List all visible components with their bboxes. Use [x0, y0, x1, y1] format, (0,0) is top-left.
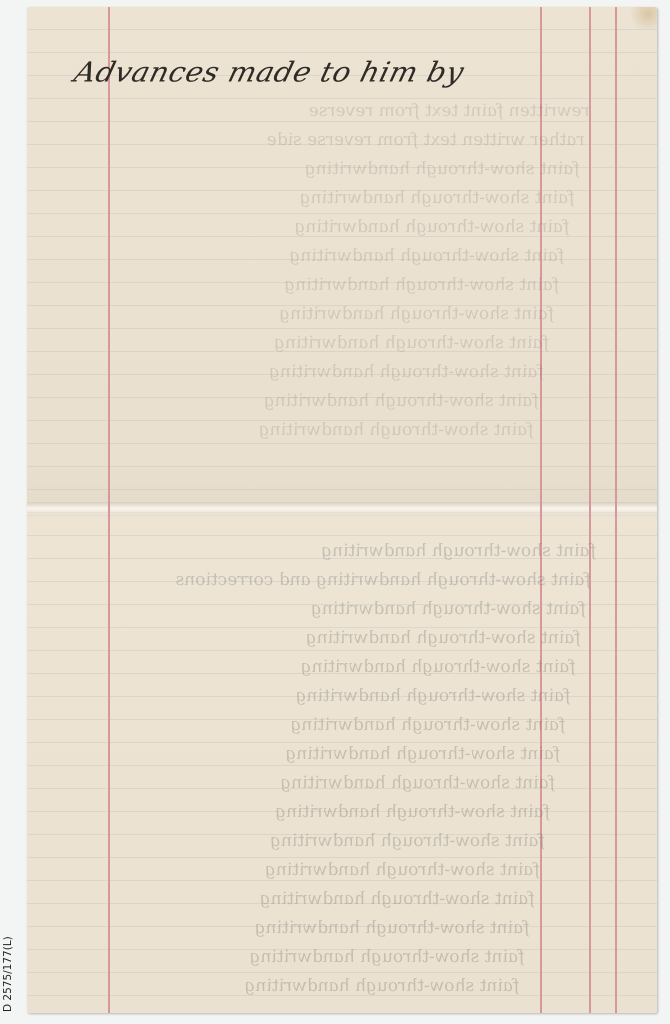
catalog-reference-label: D 2575/177(L): [2, 936, 14, 1012]
handwritten-heading: Advances made to him by: [71, 56, 468, 88]
bleed-through-text-bottom: faint show-through handwriting faint sho…: [27, 537, 598, 1007]
corner-stain: [627, 7, 657, 29]
right-margin-line-3: [615, 7, 617, 1013]
right-margin-line-2: [589, 7, 591, 1013]
document-sheet: rewritten faint text from reverse rather…: [27, 7, 657, 1013]
paper-fold: [27, 502, 657, 516]
bleed-through-text-top: rewritten faint text from reverse rather…: [27, 97, 592, 497]
